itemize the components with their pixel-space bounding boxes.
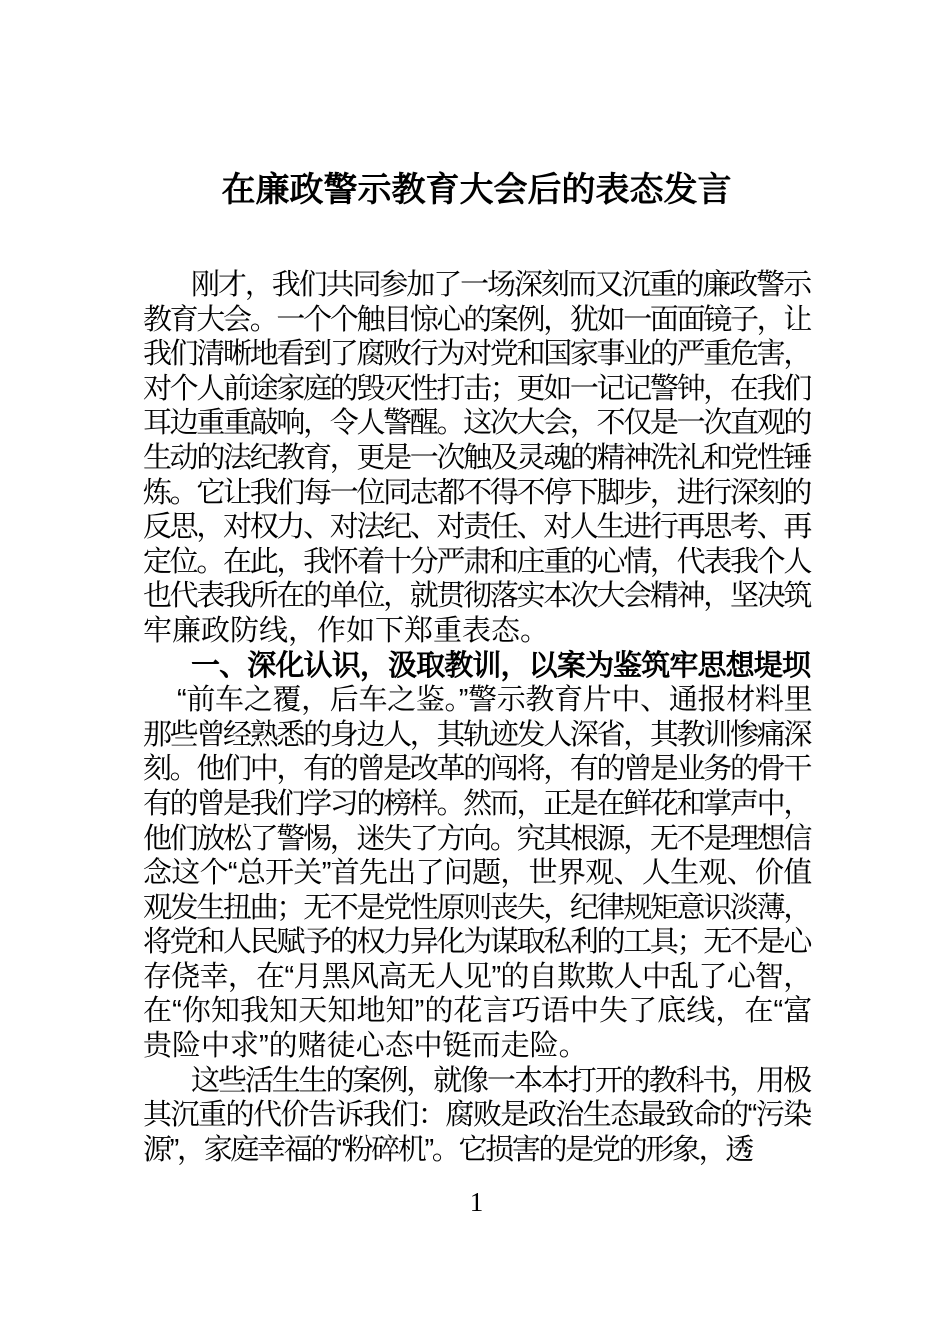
text-line: 耳边重重敲响，令人警醒。这次大会，不仅是一次直观的 — [143, 406, 810, 441]
text-line: “前车之覆，后车之鉴。”警示教育片中、通报材料里 — [143, 683, 810, 718]
text-line: 刚才，我们共同参加了一场深刻而又沉重的廉政警示 — [143, 268, 810, 303]
document-title: 在廉政警示教育大会后的表态发言 — [143, 168, 810, 212]
page-number: 1 — [143, 1187, 810, 1217]
text-line: 对个人前途家庭的毁灭性打击；更如一记记警钟，在我们 — [143, 372, 810, 407]
text-line: 那些曾经熟悉的身边人，其轨迹发人深省，其教训惨痛深 — [143, 718, 810, 753]
document-page: 在廉政警示教育大会后的表态发言 刚才，我们共同参加了一场深刻而又沉重的廉政警示教… — [0, 0, 950, 1344]
text-line: 定位。在此，我怀着十分严肃和庄重的心情，代表我个人 — [143, 545, 810, 580]
text-line: 也代表我所在的单位，就贯彻落实本次大会精神，坚决筑 — [143, 579, 810, 614]
text-line: 有的曾是我们学习的榜样。然而，正是在鲜花和掌声中， — [143, 787, 810, 822]
text-line: 教育大会。一个个触目惊心的案例，犹如一面面镜子，让 — [143, 303, 810, 338]
text-line: 反思，对权力、对法纪、对责任、对人生进行再思考、再 — [143, 510, 810, 545]
text-line: 在“你知我知天知地知”的花言巧语中失了底线，在“富 — [143, 994, 810, 1029]
text-line: 存侥幸，在“月黑风高无人见”的自欺欺人中乱了心智， — [143, 960, 810, 995]
text-line: 炼。它让我们每一位同志都不得不停下脚步，进行深刻的 — [143, 476, 810, 511]
document-body: 刚才，我们共同参加了一场深刻而又沉重的廉政警示教育大会。一个个触目惊心的案例，犹… — [143, 268, 810, 1167]
text-line: 其沉重的代价告诉我们：腐败是政治生态最致命的“污染 — [143, 1098, 810, 1133]
text-line: 他们放松了警惕，迷失了方向。究其根源，无不是理想信 — [143, 822, 810, 857]
text-line: 贵险中求”的赌徒心态中铤而走险。 — [143, 1029, 810, 1064]
text-line: 观发生扭曲；无不是党性原则丧失，纪律规矩意识淡薄， — [143, 891, 810, 926]
text-line: 刻。他们中，有的曾是改革的闯将，有的曾是业务的骨干 — [143, 752, 810, 787]
text-line: 源”，家庭幸福的“粉碎机”。它损害的是党的形象，透 — [143, 1133, 810, 1168]
text-line: 生动的法纪教育，更是一次触及灵魂的精神洗礼和党性锤 — [143, 441, 810, 476]
text-line: 我们清晰地看到了腐败行为对党和国家事业的严重危害， — [143, 337, 810, 372]
text-line: 将党和人民赋予的权力异化为谋取私利的工具；无不是心 — [143, 925, 810, 960]
text-line: 念这个“总开关”首先出了问题，世界观、人生观、价值 — [143, 856, 810, 891]
text-line: 这些活生生的案例，就像一本本打开的教科书，用极 — [143, 1064, 810, 1099]
text-line: 牢廉政防线，作如下郑重表态。 — [143, 614, 810, 649]
section-heading: 一、深化认识，汲取教训，以案为鉴筑牢思想堤坝 — [143, 649, 810, 684]
